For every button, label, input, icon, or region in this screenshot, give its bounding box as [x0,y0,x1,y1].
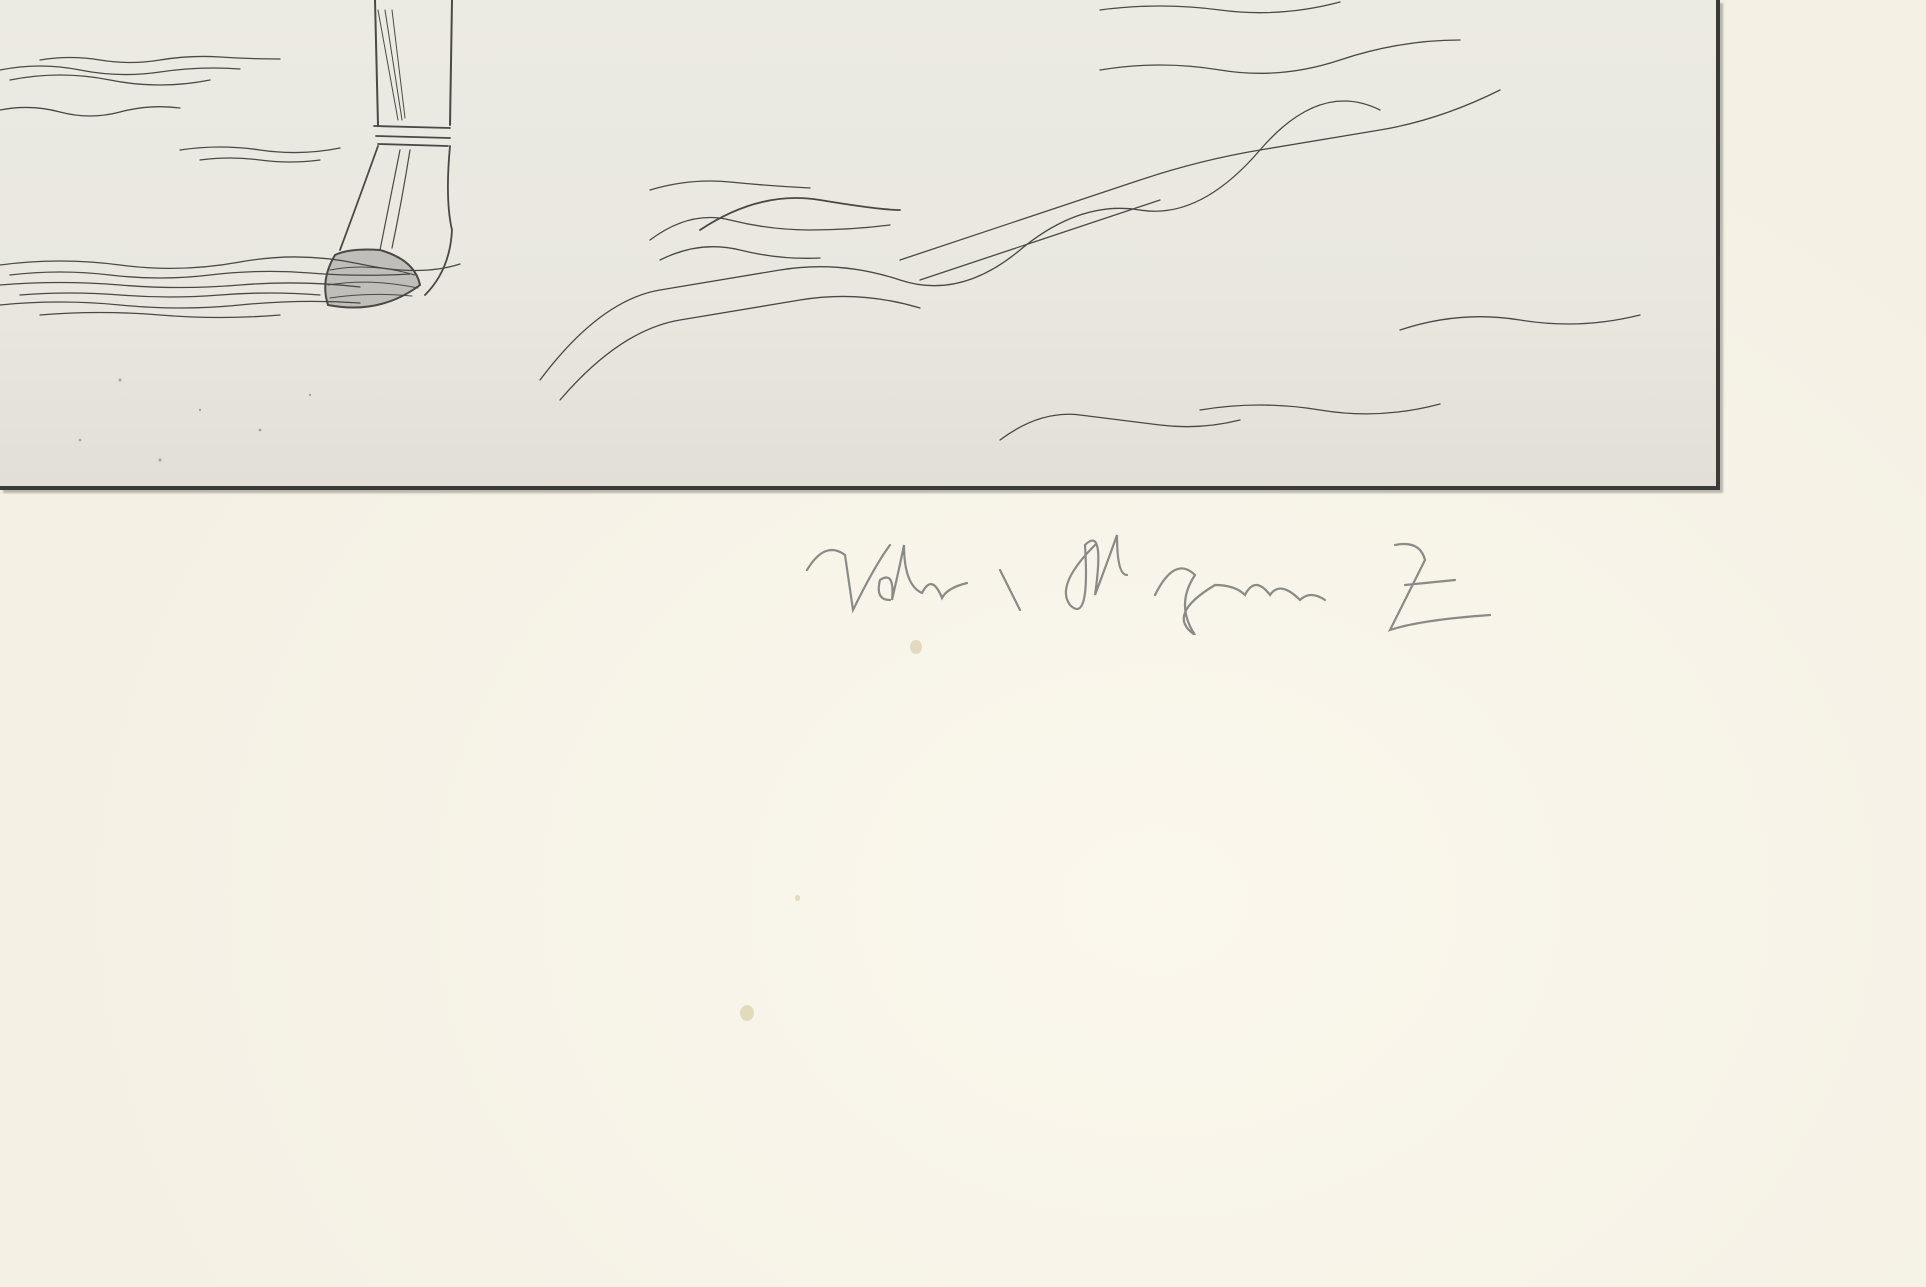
foxing-spot [795,895,800,901]
pencil-signature: Valeri Selzman 72 [795,525,1655,635]
etching-plate [0,0,1720,490]
etched-landscape [0,0,1716,486]
foxing-spot [740,1005,754,1021]
foxing-spot [910,640,922,654]
